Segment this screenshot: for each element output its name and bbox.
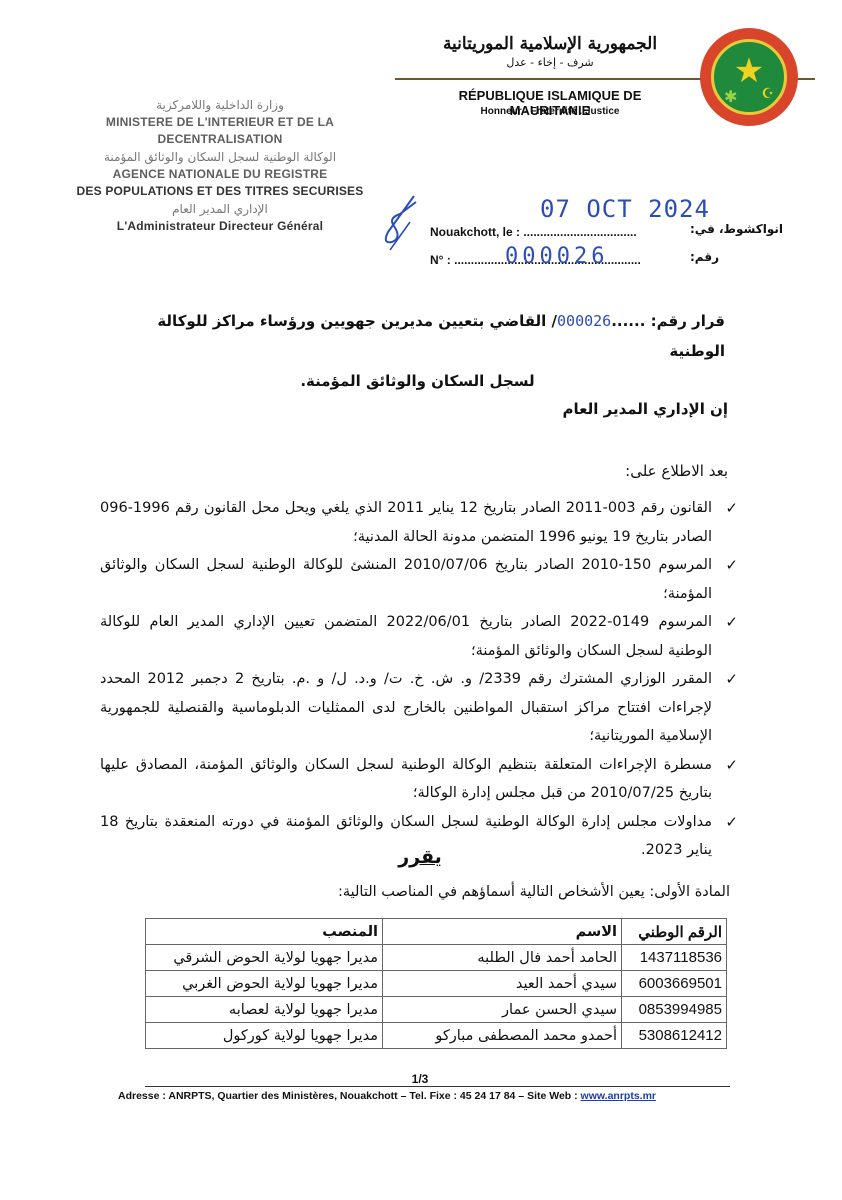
cell-national-id: 1437118536	[622, 945, 727, 971]
footer-divider	[145, 1086, 730, 1087]
agency-arabic: الوكالة الوطنية لسجل السكان والوثائق الم…	[50, 148, 390, 166]
republic-title-arabic: الجمهورية الإسلامية الموريتانية	[420, 34, 680, 54]
decision-title: قرار رقم: ......000026/ القاضي بتعيين مد…	[110, 306, 725, 396]
ministry-french-1: MINISTERE DE L'INTERIEUR ET DE LA	[50, 114, 390, 131]
cell-name: الحامد أحمد فال الطلبه	[383, 945, 622, 971]
checkmark-icon: ✓	[725, 751, 738, 780]
agency-french-1: AGENCE NATIONALE DU REGISTRE	[50, 166, 390, 183]
date-label-arabic: انواكشوط، في:	[690, 222, 783, 236]
ministry-french-2: DECENTRALISATION	[50, 131, 390, 148]
director-title-french: L'Administrateur Directeur Général	[50, 218, 390, 235]
cell-position: مديرا جهويا لولاية الحوض الشرقي	[146, 945, 383, 971]
after-review-heading: بعد الاطلاع على:	[520, 462, 728, 480]
address-text: Adresse : ANRPTS, Quartier des Ministère…	[118, 1090, 581, 1102]
article-one: المادة الأولى: يعين الأشخاص التالية أسما…	[300, 884, 730, 900]
website-link[interactable]: www.anrpts.mr	[581, 1090, 656, 1102]
director-title-arabic: الإداري المدير العام	[50, 200, 390, 218]
checkmark-icon: ✓	[725, 808, 738, 837]
coat-of-arms-icon: ★ ✱ ☪	[700, 28, 798, 126]
signature-icon	[380, 192, 420, 252]
reference-item: ✓المرسوم 150-2010 الصادر بتاريخ 2010/07/…	[100, 551, 740, 608]
number-stamp: 000026	[505, 244, 608, 269]
table-row: 5308612412 أحمدو محمد المصطفى مباركو مدي…	[146, 1023, 727, 1049]
header-national-id: الرقم الوطني	[622, 919, 727, 945]
page-number: 1/3	[400, 1072, 440, 1086]
checkmark-icon: ✓	[725, 494, 738, 523]
palm-icon: ✱	[724, 87, 737, 106]
reference-item: ✓المقرر الوزاري المشترك رقم 2339/ و. ش. …	[100, 665, 740, 751]
table-header-row: الرقم الوطني الاسم المنصب	[146, 919, 727, 945]
seal-field: ★ ✱ ☪	[711, 39, 787, 115]
checkmark-icon: ✓	[725, 608, 738, 637]
decides-heading: يقرر	[380, 846, 460, 868]
agency-header: وزارة الداخلية واللامركزية MINISTERE DE …	[50, 96, 390, 235]
cell-position: مديرا جهويا لولاية لعصابه	[146, 997, 383, 1023]
crescent-icon: ☪	[761, 86, 774, 102]
header-name: الاسم	[383, 919, 622, 945]
cell-national-id: 5308612412	[622, 1023, 727, 1049]
cell-name: سيدي الحسن عمار	[383, 997, 622, 1023]
cell-name: أحمدو محمد المصطفى مباركو	[383, 1023, 622, 1049]
republic-motto-french: Honneur - Fraternité . Justice	[420, 106, 680, 117]
references-list: ✓القانون رقم 003-2011 الصادر بتاريخ 12 ي…	[100, 494, 740, 865]
decision-number: 000026	[557, 312, 611, 330]
table-row: 1437118536 الحامد أحمد فال الطلبه مديرا …	[146, 945, 727, 971]
reference-item: ✓المرسوم 0149-2022 الصادر بتاريخ 2022/06…	[100, 608, 740, 665]
director-heading: إن الإداري المدير العام	[440, 400, 728, 418]
cell-name: سيدي أحمد العيد	[383, 971, 622, 997]
checkmark-icon: ✓	[725, 551, 738, 580]
republic-motto-arabic: شرف - إخاء - عدل	[420, 56, 680, 69]
cell-national-id: 0853994985	[622, 997, 727, 1023]
reference-item: ✓مسطرة الإجراءات المتعلقة بتنظيم الوكالة…	[100, 751, 740, 808]
cell-national-id: 6003669501	[622, 971, 727, 997]
cell-position: مديرا جهويا لولاية كوركول	[146, 1023, 383, 1049]
agency-french-2: DES POPULATIONS ET DES TITRES SECURISES	[50, 183, 390, 200]
footer-address: Adresse : ANRPTS, Quartier des Ministère…	[118, 1090, 738, 1102]
cell-position: مديرا جهويا لولاية الحوض الغربي	[146, 971, 383, 997]
header-position: المنصب	[146, 919, 383, 945]
decision-prefix: قرار رقم: ......	[611, 312, 725, 330]
star-icon: ★	[734, 54, 764, 88]
checkmark-icon: ✓	[725, 665, 738, 694]
reference-item: ✓القانون رقم 003-2011 الصادر بتاريخ 12 ي…	[100, 494, 740, 551]
decision-title-line2: لسجل السكان والوثائق المؤمنة.	[110, 366, 725, 396]
date-label-french: Nouakchott, le : .......................…	[430, 225, 637, 239]
date-stamp: 07 OCT 2024	[540, 195, 710, 223]
ministry-arabic: وزارة الداخلية واللامركزية	[50, 96, 390, 114]
table-row: 0853994985 سيدي الحسن عمار مديرا جهويا ل…	[146, 997, 727, 1023]
table-row: 6003669501 سيدي أحمد العيد مديرا جهويا ل…	[146, 971, 727, 997]
number-label-arabic: رقم:	[690, 250, 719, 264]
appointments-table: الرقم الوطني الاسم المنصب 1437118536 الح…	[145, 918, 727, 1049]
